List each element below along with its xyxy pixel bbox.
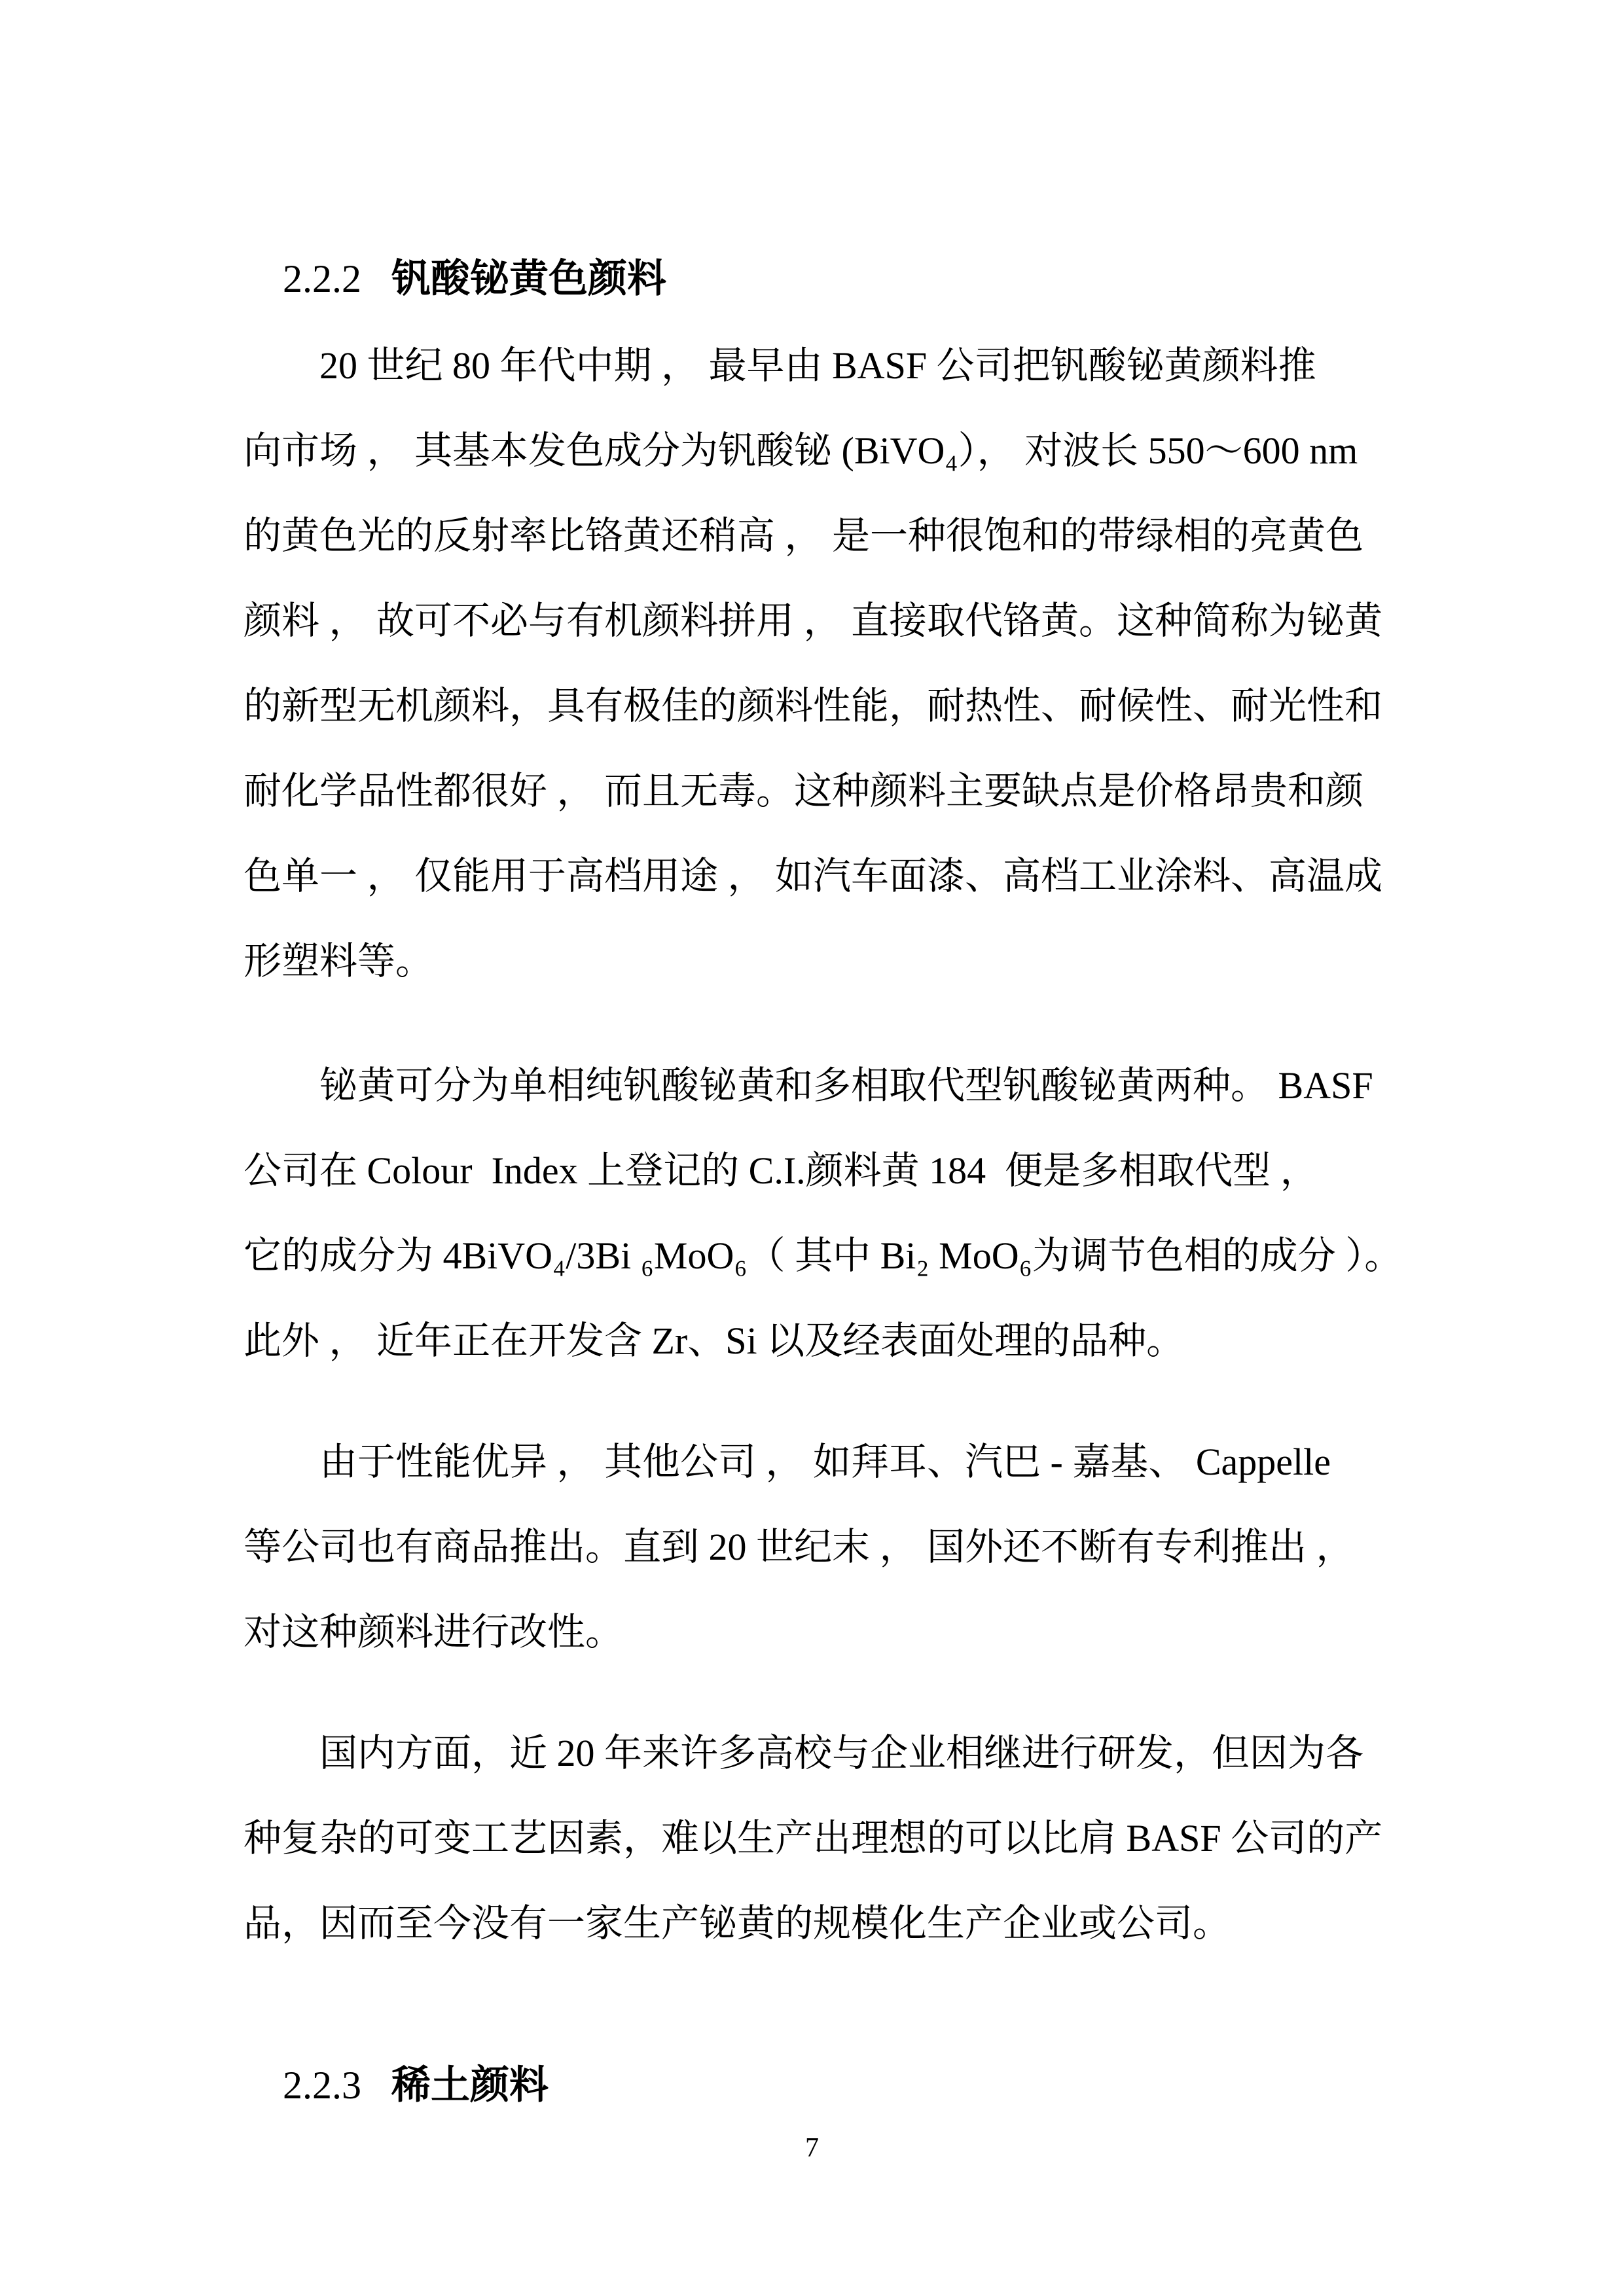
text-line: 此外 ， 近年正在开发含 Zr、Si 以及经表面处理的品种。: [244, 1299, 1415, 1384]
paragraph-2: 铋黄可分为单相纯钒酸铋黄和多相取代型钒酸铋黄两种。 BASF 公司在 Colou…: [244, 1043, 1415, 1384]
text-line: 形塑料等。: [244, 919, 1415, 1004]
text-line: 色单一 ， 仅能用于高档用途 ， 如汽车面漆、高档工业涂料、高温成: [244, 834, 1415, 919]
section-heading-2-2-3: 2.2.3稀土颜料: [244, 2026, 549, 2144]
paragraph-1: 20 世纪 80 年代中期 ， 最早由 BASF 公司把钒酸铋黄颜料推 向市场 …: [244, 323, 1415, 1004]
text-line: 品，因而至今没有一家生产铋黄的规模化生产企业或公司。: [244, 1881, 1415, 1966]
text-line: 国内方面，近 20 年来许多高校与企业相继进行研发，但因为各: [244, 1711, 1415, 1796]
paragraph-4: 国内方面，近 20 年来许多高校与企业相继进行研发，但因为各 种复杂的可变工艺因…: [244, 1711, 1415, 1966]
section-title: 钒酸铋黄色颜料: [391, 257, 666, 300]
text-line: 公司在 Colour Index 上登记的 C.I.颜料黄 184 便是多相取代…: [244, 1128, 1415, 1213]
text-line: 由于性能优异 ， 其他公司 ， 如拜耳、汽巴 - 嘉基、 Cappelle: [244, 1420, 1415, 1505]
text-line: 耐化学品性都很好 ， 而且无毒。这种颜料主要缺点是价格昂贵和颜: [244, 749, 1415, 834]
text-line: 的新型无机颜料，具有极佳的颜料性能，耐热性、耐候性、耐光性和: [244, 664, 1415, 749]
text-line: 种复杂的可变工艺因素，难以生产出理想的可以比肩 BASF 公司的产: [244, 1796, 1415, 1881]
text-line: 对这种颜料进行改性。: [244, 1590, 1415, 1675]
text-line: 铋黄可分为单相纯钒酸铋黄和多相取代型钒酸铋黄两种。 BASF: [244, 1043, 1415, 1128]
section-number: 2.2.2: [283, 257, 361, 300]
section-title: 稀土颜料: [391, 2063, 549, 2107]
document-page: 2.2.2钒酸铋黄色颜料 20 世纪 80 年代中期 ， 最早由 BASF 公司…: [0, 0, 1624, 2296]
text-line: 20 世纪 80 年代中期 ， 最早由 BASF 公司把钒酸铋黄颜料推: [244, 323, 1415, 408]
text-line: 颜料 ， 故可不必与有机颜料拼用 ， 直接取代铬黄。这种简称为铋黄: [244, 579, 1415, 664]
paragraph-3: 由于性能优异 ， 其他公司 ， 如拜耳、汽巴 - 嘉基、 Cappelle 等公…: [244, 1420, 1415, 1675]
text-line: 的黄色光的反射率比铬黄还稍高 ， 是一种很饱和的带绿相的亮黄色: [244, 493, 1415, 579]
text-line: 向市场 ， 其基本发色成分为钒酸铋 (BiVO₄）， 对波长 550～600 n…: [244, 408, 1415, 493]
section-number: 2.2.3: [283, 2064, 361, 2107]
text-line: 等公司也有商品推出。直到 20 世纪末 ， 国外还不断有专利推出 ，: [244, 1505, 1415, 1590]
page-number: 7: [0, 2128, 1624, 2168]
section-heading-2-2-2: 2.2.2钒酸铋黄色颜料: [244, 220, 666, 338]
text-line: 它的成分为 4BiVO₄/3Bi ₆MoO₆（ 其中 Bi₂ MoO₆为调节色相…: [244, 1213, 1415, 1299]
